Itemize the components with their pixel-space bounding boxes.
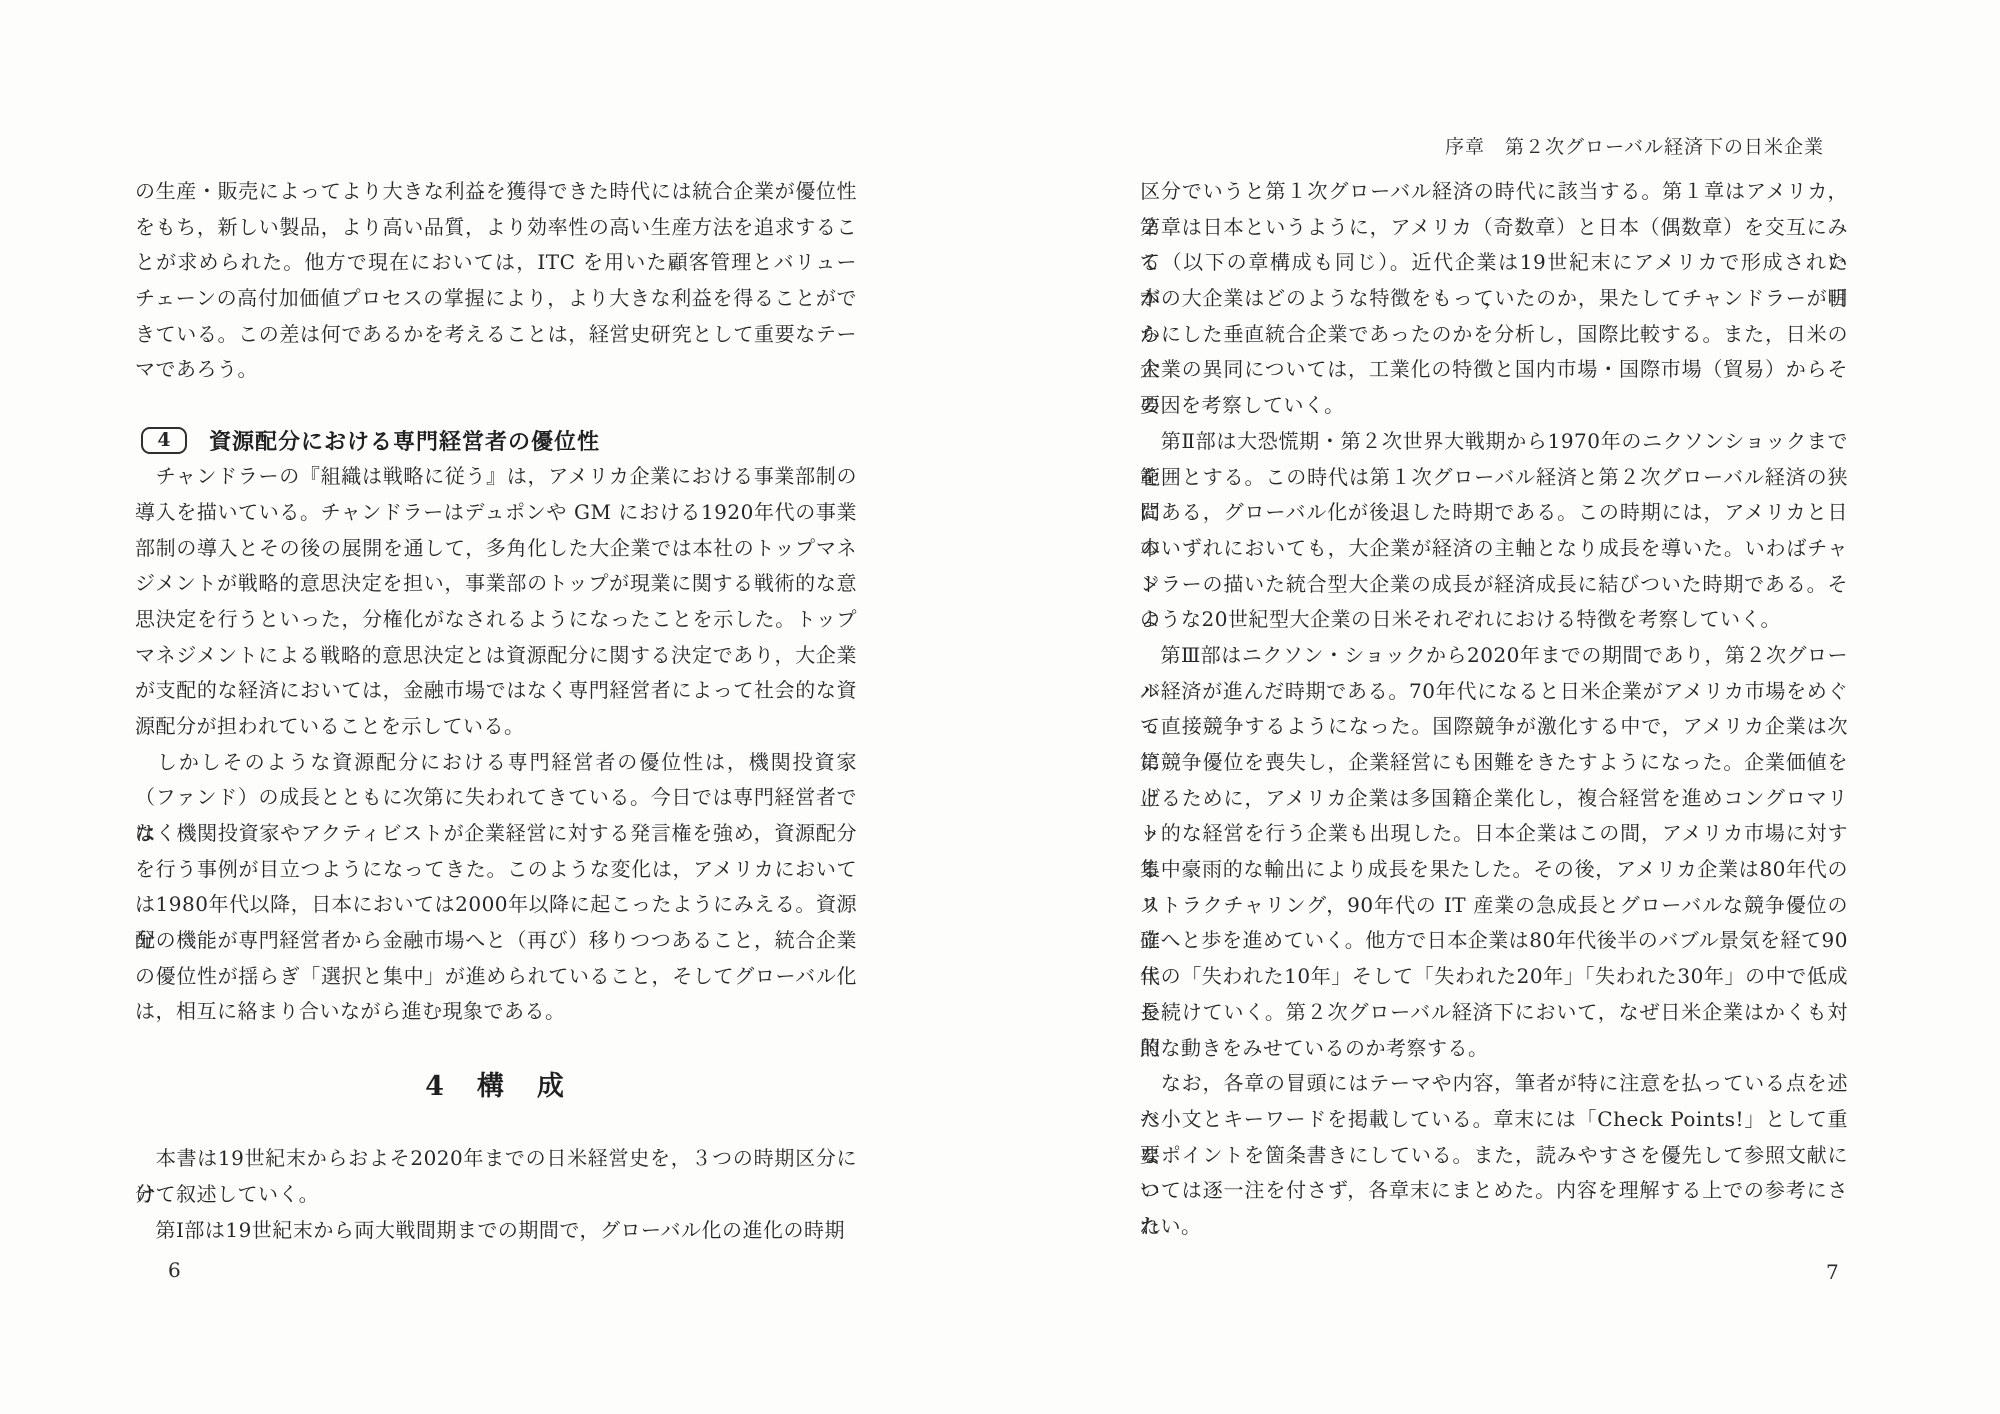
text-line: 第Ⅱ部は大恐慌期・第２次世界大戦期から1970年のニクソンショックまでを <box>1140 424 1848 460</box>
paragraph: 本書は19世紀末からおよそ2020年までの日米経営史を，３つの時期区分に分けて叙… <box>135 1141 857 1212</box>
text-line: 思決定を行うといった，分権化がなされるようになったことを示した。トップ <box>135 602 857 638</box>
text-line: ト的な経営を行う企業も出現した。日本企業はこの間，アメリカ市場に対する <box>1140 816 1848 852</box>
text-line: 的な動きをみせているのか考察する。 <box>1140 1031 1848 1067</box>
page-number-left: 6 <box>168 1258 181 1282</box>
text-line: を行う事例が目立つようになってきた。このような変化は，アメリカにおいて <box>135 852 857 888</box>
paragraph: しかしそのような資源配分における専門経営者の優位性は，機関投資家（ファンド）の成… <box>135 745 857 1031</box>
section-heading: 4 資源配分における専門経営者の優位性 <box>141 421 857 459</box>
text-line: 範囲とする。この時代は第１次グローバル経済と第２次グローバル経済の狭間 <box>1140 460 1848 496</box>
text-line: チャンドラーの『組織は戦略に従う』は，アメリカ企業における事業部制の <box>135 459 857 495</box>
left-page: の生産・販売によってより大きな利益を獲得できた時代には統合企業が優位性をもち，新… <box>135 174 857 1248</box>
text-line: の優位性が揺らぎ「選択と集中」が進められていること，そしてグローバル化 <box>135 959 857 995</box>
text-line: とが求められた。他方で現在においては，ITC を用いた顧客管理とバリュー <box>135 245 857 281</box>
text-line: 本書は19世紀末からおよそ2020年までの日米経営史を，３つの時期区分に分 <box>135 1141 857 1177</box>
text-line: ル経済が進んだ時期である。70年代になると日米企業がアメリカ市場をめぐっ <box>1140 674 1848 710</box>
text-line: る（以下の章構成も同じ）。近代企業は19世紀末にアメリカで形成されたが，日 <box>1140 245 1848 281</box>
text-line: 導入を描いている。チャンドラーはデュポンや GM における1920年代の事業 <box>135 495 857 531</box>
text-line: ２章は日本というように，アメリカ（奇数章）と日本（偶数章）を交互にみてい <box>1140 210 1848 246</box>
text-line: なポイントを箇条書きにしている。また，読みやすさを優先して参照文献につ <box>1140 1138 1848 1174</box>
text-line: ような20世紀型大企業の日米それぞれにおける特徴を考察していく。 <box>1140 602 1848 638</box>
text-line: たい。 <box>1140 1209 1848 1245</box>
text-line: は1980年代以降，日本においては2000年以降に起こったようにみえる。資源配 <box>135 887 857 923</box>
text-line: けて叙述していく。 <box>135 1177 857 1213</box>
text-line: にある，グローバル化が後退した時期である。この時期には，アメリカと日本 <box>1140 495 1848 531</box>
running-head: 序章 第２次グローバル経済下の日米企業 <box>1140 132 1848 162</box>
text-line: しかしそのような資源配分における専門経営者の優位性は，機関投資家 <box>135 745 857 781</box>
text-line: が支配的な経済においては，金融市場ではなく専門経営者によって社会的な資 <box>135 673 857 709</box>
text-line: に競争優位を喪失し，企業経営にも困難をきたすようになった。企業価値を上 <box>1140 745 1848 781</box>
text-line: きている。この差は何であるかを考えることは，経営史研究として重要なテー <box>135 317 857 353</box>
text-line: 源配分が担われていることを示している。 <box>135 709 857 745</box>
text-line: は，相互に絡まり合いながら進む現象である。 <box>135 994 857 1030</box>
paragraph: 区分でいうと第１次グローバル経済の時代に該当する。第１章はアメリカ，第２章は日本… <box>1140 174 1848 424</box>
paragraph: なお，各章の冒頭にはテーマや内容，筆者が特に注意を払っている点を述べた小文とキー… <box>1140 1066 1848 1244</box>
paragraph: 第Ⅲ部はニクソン・ショックから2020年までの期間であり，第２次グローバル経済が… <box>1140 638 1848 1066</box>
text-line: 部制の導入とその後の展開を通して，多角化した大企業では本社のトップマネ <box>135 531 857 567</box>
text-line: 要因を考察していく。 <box>1140 388 1848 424</box>
paragraph: 第Ⅰ部は19世紀末から両大戦間期までの期間で，グローバル化の進化の時期 <box>135 1213 857 1249</box>
text-line: ジメントが戦略的意思決定を担い，事業部のトップが現業に関する戦術的な意 <box>135 566 857 602</box>
book-spread: の生産・販売によってより大きな利益を獲得できた時代には統合企業が優位性をもち，新… <box>0 0 2000 1414</box>
text-line: 集中豪雨的な輸出により成長を果たした。その後，アメリカ企業は80年代のリ <box>1140 852 1848 888</box>
text-line: 本の大企業はどのような特徴をもっていたのか，果たしてチャンドラーが明ら <box>1140 281 1848 317</box>
text-line: 分の機能が専門経営者から金融市場へと（再び）移りつつあること，統合企業 <box>135 923 857 959</box>
paragraph: の生産・販売によってより大きな利益を獲得できた時代には統合企業が優位性をもち，新… <box>135 174 857 388</box>
text-line: 第Ⅰ部は19世紀末から両大戦間期までの期間で，グローバル化の進化の時期 <box>135 1213 857 1249</box>
text-line: ストラクチャリング，90年代の IT 産業の急成長とグローバルな競争優位の確 <box>1140 888 1848 924</box>
text-line: 企業の異同については，工業化の特徴と国内市場・国際市場（貿易）からその <box>1140 352 1848 388</box>
text-line: 代の「失われた10年」そして「失われた20年」「失われた30年」の中で低成長 <box>1140 959 1848 995</box>
right-page: 区分でいうと第１次グローバル経済の時代に該当する。第１章はアメリカ，第２章は日本… <box>1140 174 1848 1245</box>
text-line: （ファンド）の成長とともに次第に失われてきている。今日では専門経営者では <box>135 780 857 816</box>
text-line: を続けていく。第２次グローバル経済下において，なぜ日米企業はかくも対照 <box>1140 995 1848 1031</box>
text-line: いては逐一注を付さず，各章末にまとめた。内容を理解する上での参考にされ <box>1140 1173 1848 1209</box>
text-line: 立へと歩を進めていく。他方で日本企業は80年代後半のバブル景気を経て90年 <box>1140 923 1848 959</box>
text-line: 第Ⅲ部はニクソン・ショックから2020年までの期間であり，第２次グローバ <box>1140 638 1848 674</box>
page-number-right: 7 <box>1826 1260 1839 1284</box>
text-line: なく機関投資家やアクティビストが企業経営に対する発言権を強め，資源配分 <box>135 816 857 852</box>
section-number-box: 4 <box>141 427 187 454</box>
text-line: て直接競争するようになった。国際競争が激化する中で，アメリカ企業は次第 <box>1140 709 1848 745</box>
structure-heading: 4 構 成 <box>135 1066 857 1108</box>
text-line: げるために，アメリカ企業は多国籍企業化し，複合経営を進めコングロマリッ <box>1140 781 1848 817</box>
section-heading-title: 資源配分における専門経営者の優位性 <box>209 425 600 456</box>
text-line: なお，各章の冒頭にはテーマや内容，筆者が特に注意を払っている点を述べ <box>1140 1066 1848 1102</box>
text-line: た小文とキーワードを掲載している。章末には「Check Points!」として重… <box>1140 1102 1848 1138</box>
section-number: 4 <box>157 431 170 450</box>
text-line: のいずれにおいても，大企業が経済の主軸となり成長を導いた。いわばチャン <box>1140 531 1848 567</box>
text-line: かにした垂直統合企業であったのかを分析し，国際比較する。また，日米の大 <box>1140 317 1848 353</box>
text-line: の生産・販売によってより大きな利益を獲得できた時代には統合企業が優位性 <box>135 174 857 210</box>
text-line: マであろう。 <box>135 352 857 388</box>
paragraph: 第Ⅱ部は大恐慌期・第２次世界大戦期から1970年のニクソンショックまでを範囲とす… <box>1140 424 1848 638</box>
text-line: をもち，新しい製品，より高い品質，より効率性の高い生産方法を追求するこ <box>135 210 857 246</box>
text-line: チェーンの高付加価値プロセスの掌握により，より大きな利益を得ることがで <box>135 281 857 317</box>
text-line: マネジメントによる戦略的意思決定とは資源配分に関する決定であり，大企業 <box>135 638 857 674</box>
paragraph: チャンドラーの『組織は戦略に従う』は，アメリカ企業における事業部制の導入を描いて… <box>135 459 857 745</box>
text-line: ドラーの描いた統合型大企業の成長が経済成長に結びついた時期である。その <box>1140 567 1848 603</box>
text-line: 区分でいうと第１次グローバル経済の時代に該当する。第１章はアメリカ，第 <box>1140 174 1848 210</box>
